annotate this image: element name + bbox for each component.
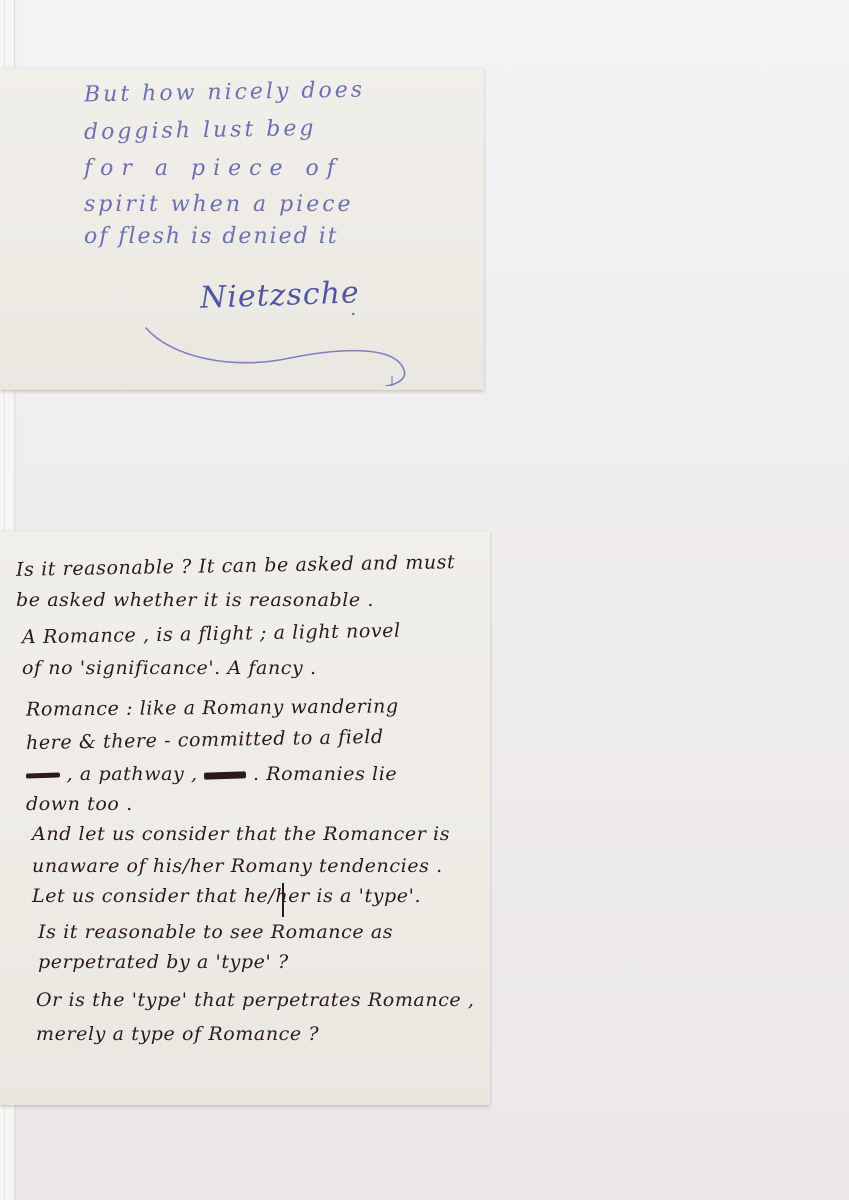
essay-line-4: of no 'significance'. A fancy . <box>22 657 317 679</box>
quote-line-4: spirit when a piece <box>84 192 354 217</box>
essay-line-7b-text: . Romanies lie <box>253 763 397 785</box>
essay-line-9: And let us consider that the Romancer is <box>32 823 450 845</box>
essay-line-3: A Romance , is a flight ; a light novel <box>22 620 401 649</box>
essay-line-7-text: , a pathway , <box>67 763 198 785</box>
quote-line-1: But how nicely does <box>84 78 365 108</box>
signature-nietzsche: Nietzsche <box>199 275 360 316</box>
crossed-out-word-2 <box>204 771 246 779</box>
essay-line-8: down too . <box>26 793 133 815</box>
note-nietzsche-quote: But how nicely does doggish lust beg for… <box>0 68 484 390</box>
quote-line-2: doggish lust beg <box>84 116 317 145</box>
insertion-stroke <box>282 883 284 917</box>
essay-line-15: merely a type of Romance ? <box>36 1023 319 1045</box>
essay-line-5: Romance : like a Romany wandering <box>26 695 399 720</box>
essay-line-14: Or is the 'type' that perpetrates Romanc… <box>36 989 475 1011</box>
note-romance-essay: Is it reasonable ? It can be asked and m… <box>0 531 490 1105</box>
essay-line-2: be asked whether it is reasonable . <box>16 589 374 611</box>
essay-line-11: Let us consider that he/her is a 'type'. <box>32 885 421 907</box>
essay-line-12: Is it reasonable to see Romance as <box>38 921 393 943</box>
essay-line-1: Is it reasonable ? It can be asked and m… <box>16 551 456 581</box>
signature-flourish-icon <box>140 316 420 386</box>
essay-line-13: perpetrated by a 'type' ? <box>38 951 289 973</box>
quote-line-5: of flesh is denied it <box>84 224 339 249</box>
crossed-out-word-1 <box>26 772 60 778</box>
essay-line-6: here & there - committed to a field <box>26 726 384 754</box>
essay-line-7: , a pathway , . Romanies lie <box>26 763 397 785</box>
essay-line-10: unaware of his/her Romany tendencies . <box>32 855 443 877</box>
quote-line-3: for a piece of <box>84 156 343 181</box>
